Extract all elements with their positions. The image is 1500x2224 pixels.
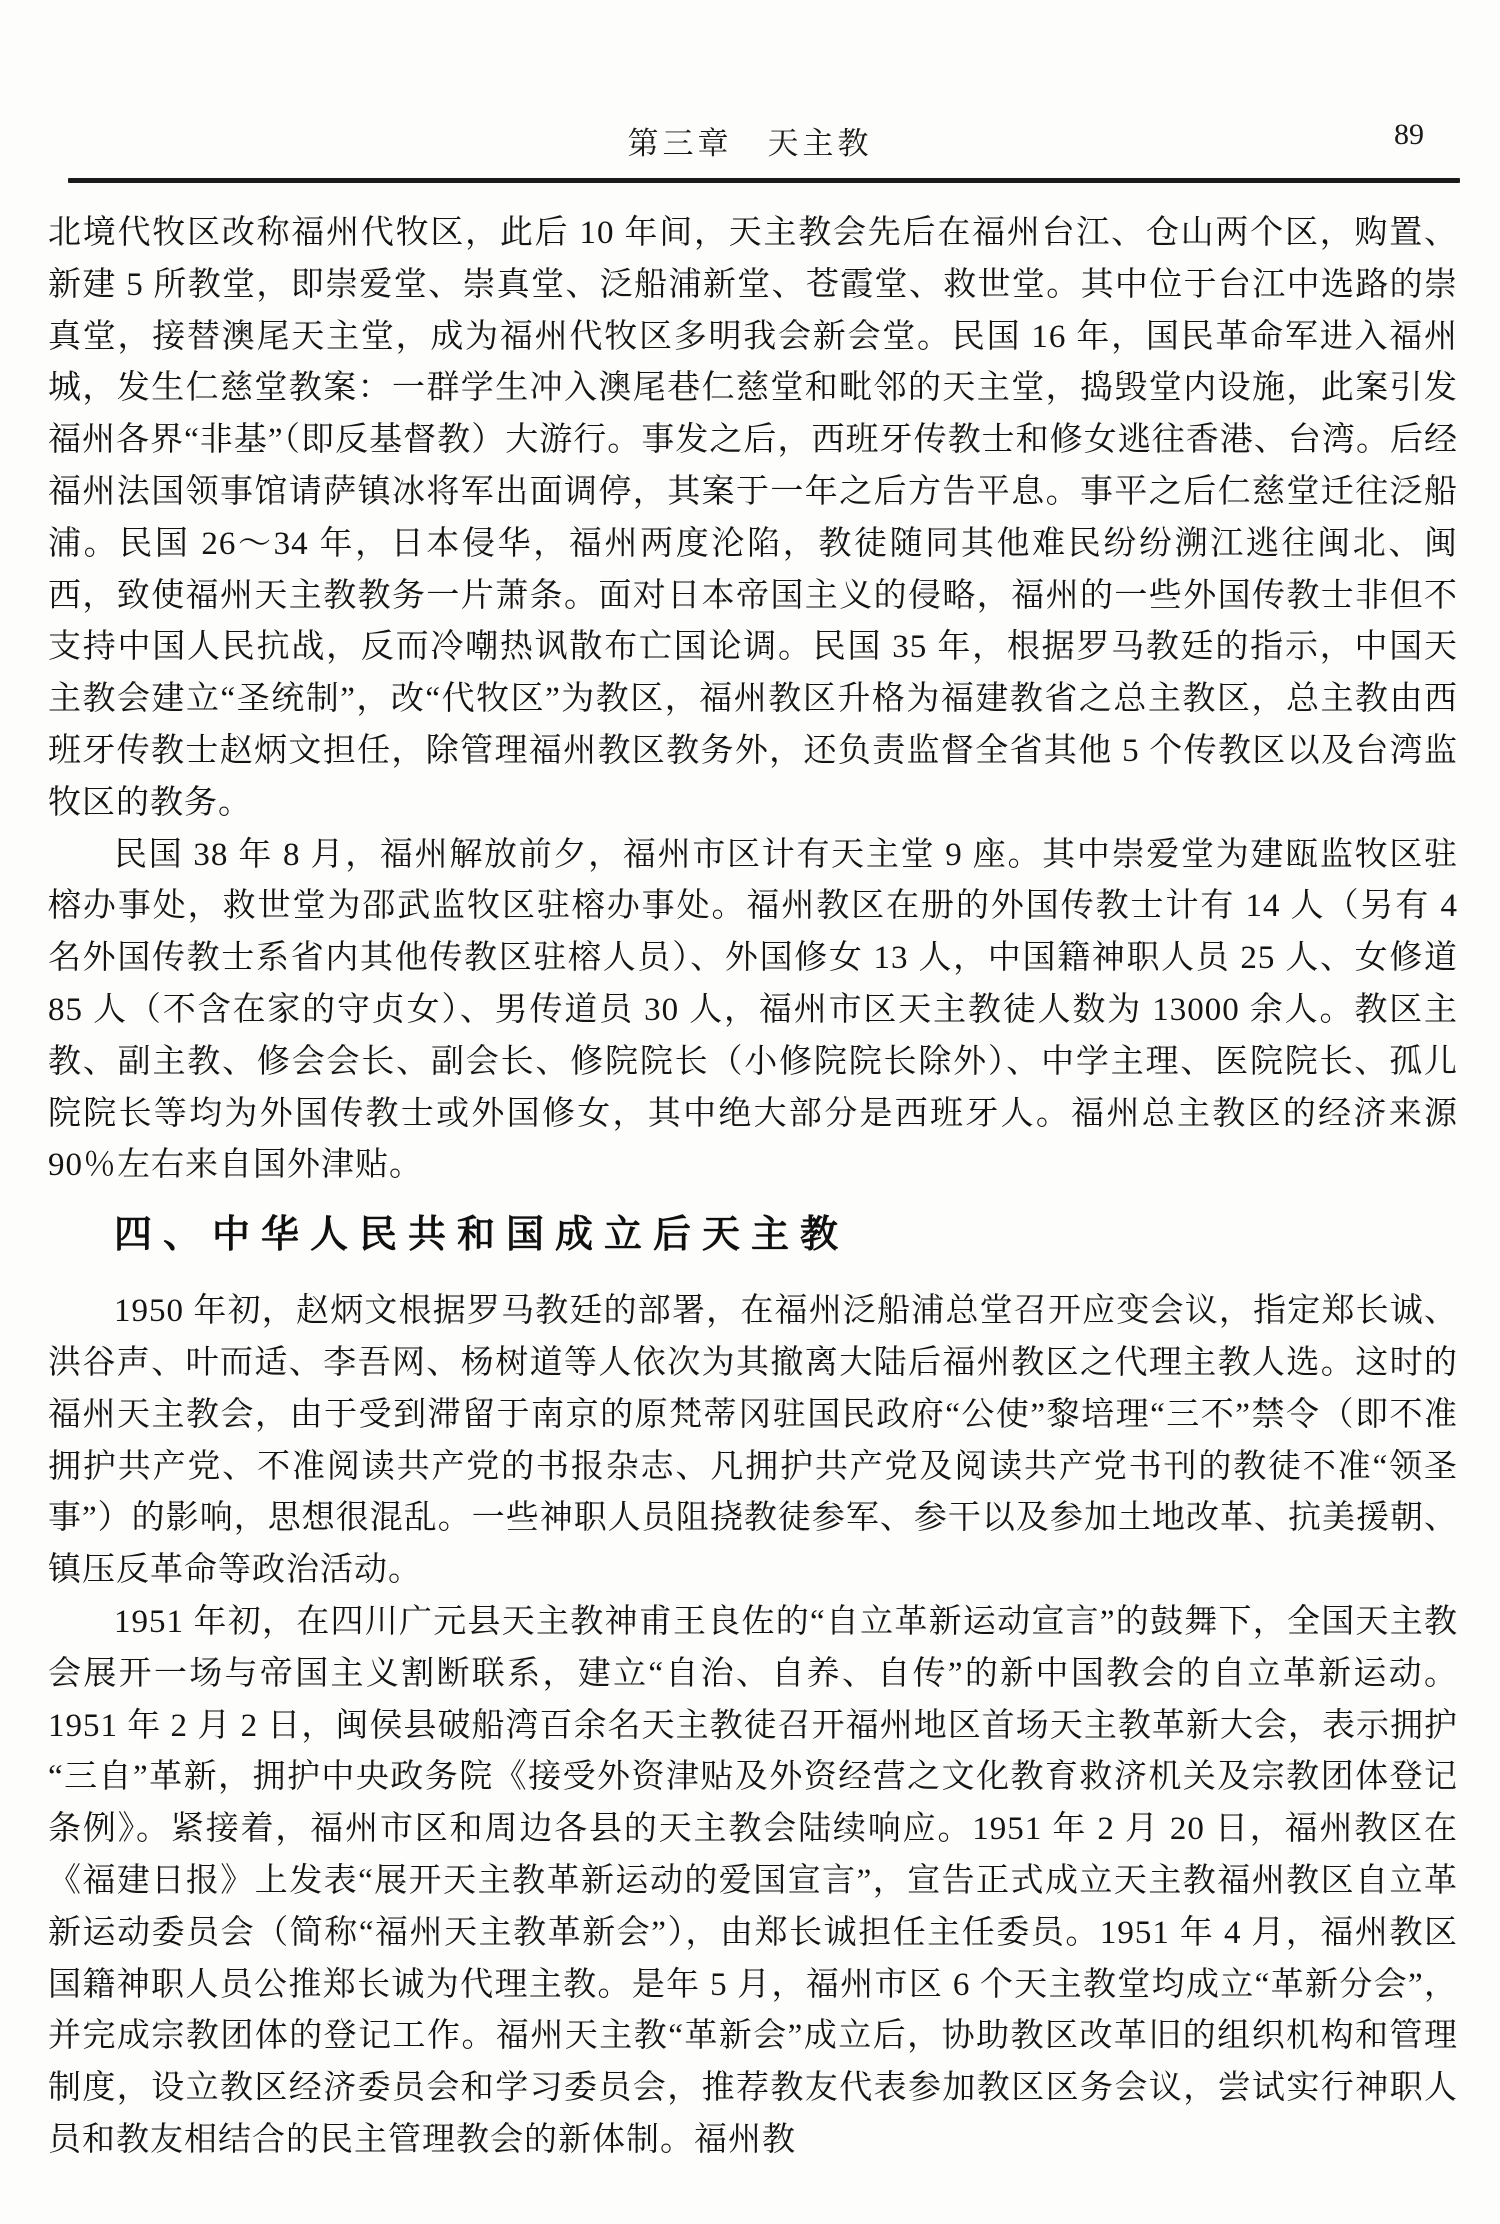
body-text: 北境代牧区改称福州代牧区，此后 10 年间，天主教会先后在福州台江、仓山两个区，…: [48, 208, 1458, 2167]
page-header: 第三章 天主教 89: [0, 118, 1500, 168]
section-heading: 四、中华人民共和国成立后天主教: [114, 1208, 1458, 1262]
paragraph-1951: 1951 年初，在四川广元县天主教神甫王良佐的“自立革新运动宣言”的鼓舞下，全国…: [48, 1597, 1458, 2167]
paragraph-1950: 1950 年初，赵炳文根据罗马教廷的部署，在福州泛船浦总堂召开应变会议，指定郑长…: [48, 1286, 1458, 1597]
header-rule: [68, 178, 1460, 183]
document-page: 第三章 天主教 89 北境代牧区改称福州代牧区，此后 10 年间，天主教会先后在…: [0, 0, 1500, 2224]
chapter-title: 第三章 天主教: [0, 118, 1500, 163]
paragraph-continuation: 北境代牧区改称福州代牧区，此后 10 年间，天主教会先后在福州台江、仓山两个区，…: [48, 208, 1458, 830]
page-number: 89: [1394, 118, 1424, 152]
paragraph-1949-overview: 民国 38 年 8 月，福州解放前夕，福州市区计有天主堂 9 座。其中崇爱堂为建…: [48, 830, 1458, 1193]
